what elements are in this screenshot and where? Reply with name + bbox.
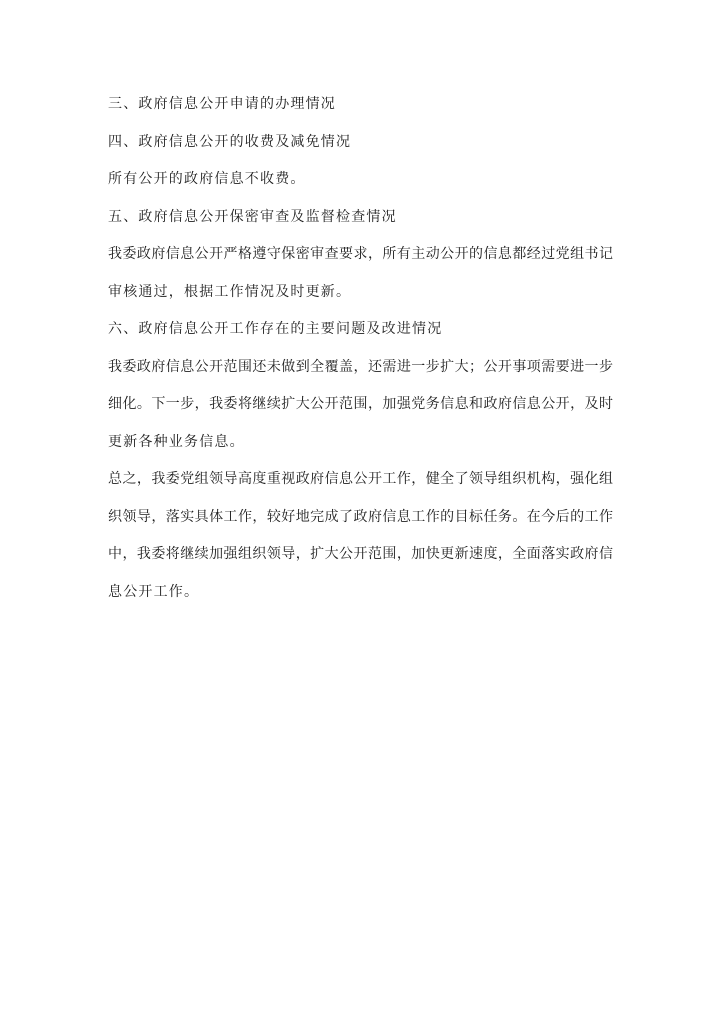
section-6-body-line-1: 我委政府信息公开范围还未做到全覆盖，还需进一步扩大；公开事项需要进一步 [108, 349, 613, 387]
conclusion-line-3: 中，我委将继续加强组织领导，扩大公开范围，加快更新速度，全面落实政府信 [108, 536, 613, 574]
section-3-heading: 三、政府信息公开申请的办理情况 [108, 86, 613, 124]
section-4-heading: 四、政府信息公开的收费及减免情况 [108, 124, 613, 162]
section-6-body-line-3: 更新各种业务信息。 [108, 424, 613, 462]
section-5-body-line-2: 审核通过，根据工作情况及时更新。 [108, 274, 613, 312]
section-5-body-line-1: 我委政府信息公开严格遵守保密审查要求，所有主动公开的信息都经过党组书记 [108, 236, 613, 274]
section-5-heading: 五、政府信息公开保密审查及监督检查情况 [108, 199, 613, 237]
document-text-block: 三、政府信息公开申请的办理情况 四、政府信息公开的收费及减免情况 所有公开的政府… [108, 86, 613, 611]
section-6-heading: 六、政府信息公开工作存在的主要问题及改进情况 [108, 311, 613, 349]
document-page: 三、政府信息公开申请的办理情况 四、政府信息公开的收费及减免情况 所有公开的政府… [0, 0, 721, 1020]
conclusion-line-2: 织领导，落实具体工作，较好地完成了政府信息工作的目标任务。在今后的工作 [108, 499, 613, 537]
section-6-body-line-2: 细化。下一步，我委将继续扩大公开范围，加强党务信息和政府信息公开，及时 [108, 386, 613, 424]
conclusion-line-1: 总之，我委党组领导高度重视政府信息公开工作，健全了领导组织机构，强化组 [108, 461, 613, 499]
conclusion-line-4: 息公开工作。 [108, 574, 613, 612]
section-4-body-line: 所有公开的政府信息不收费。 [108, 161, 613, 199]
